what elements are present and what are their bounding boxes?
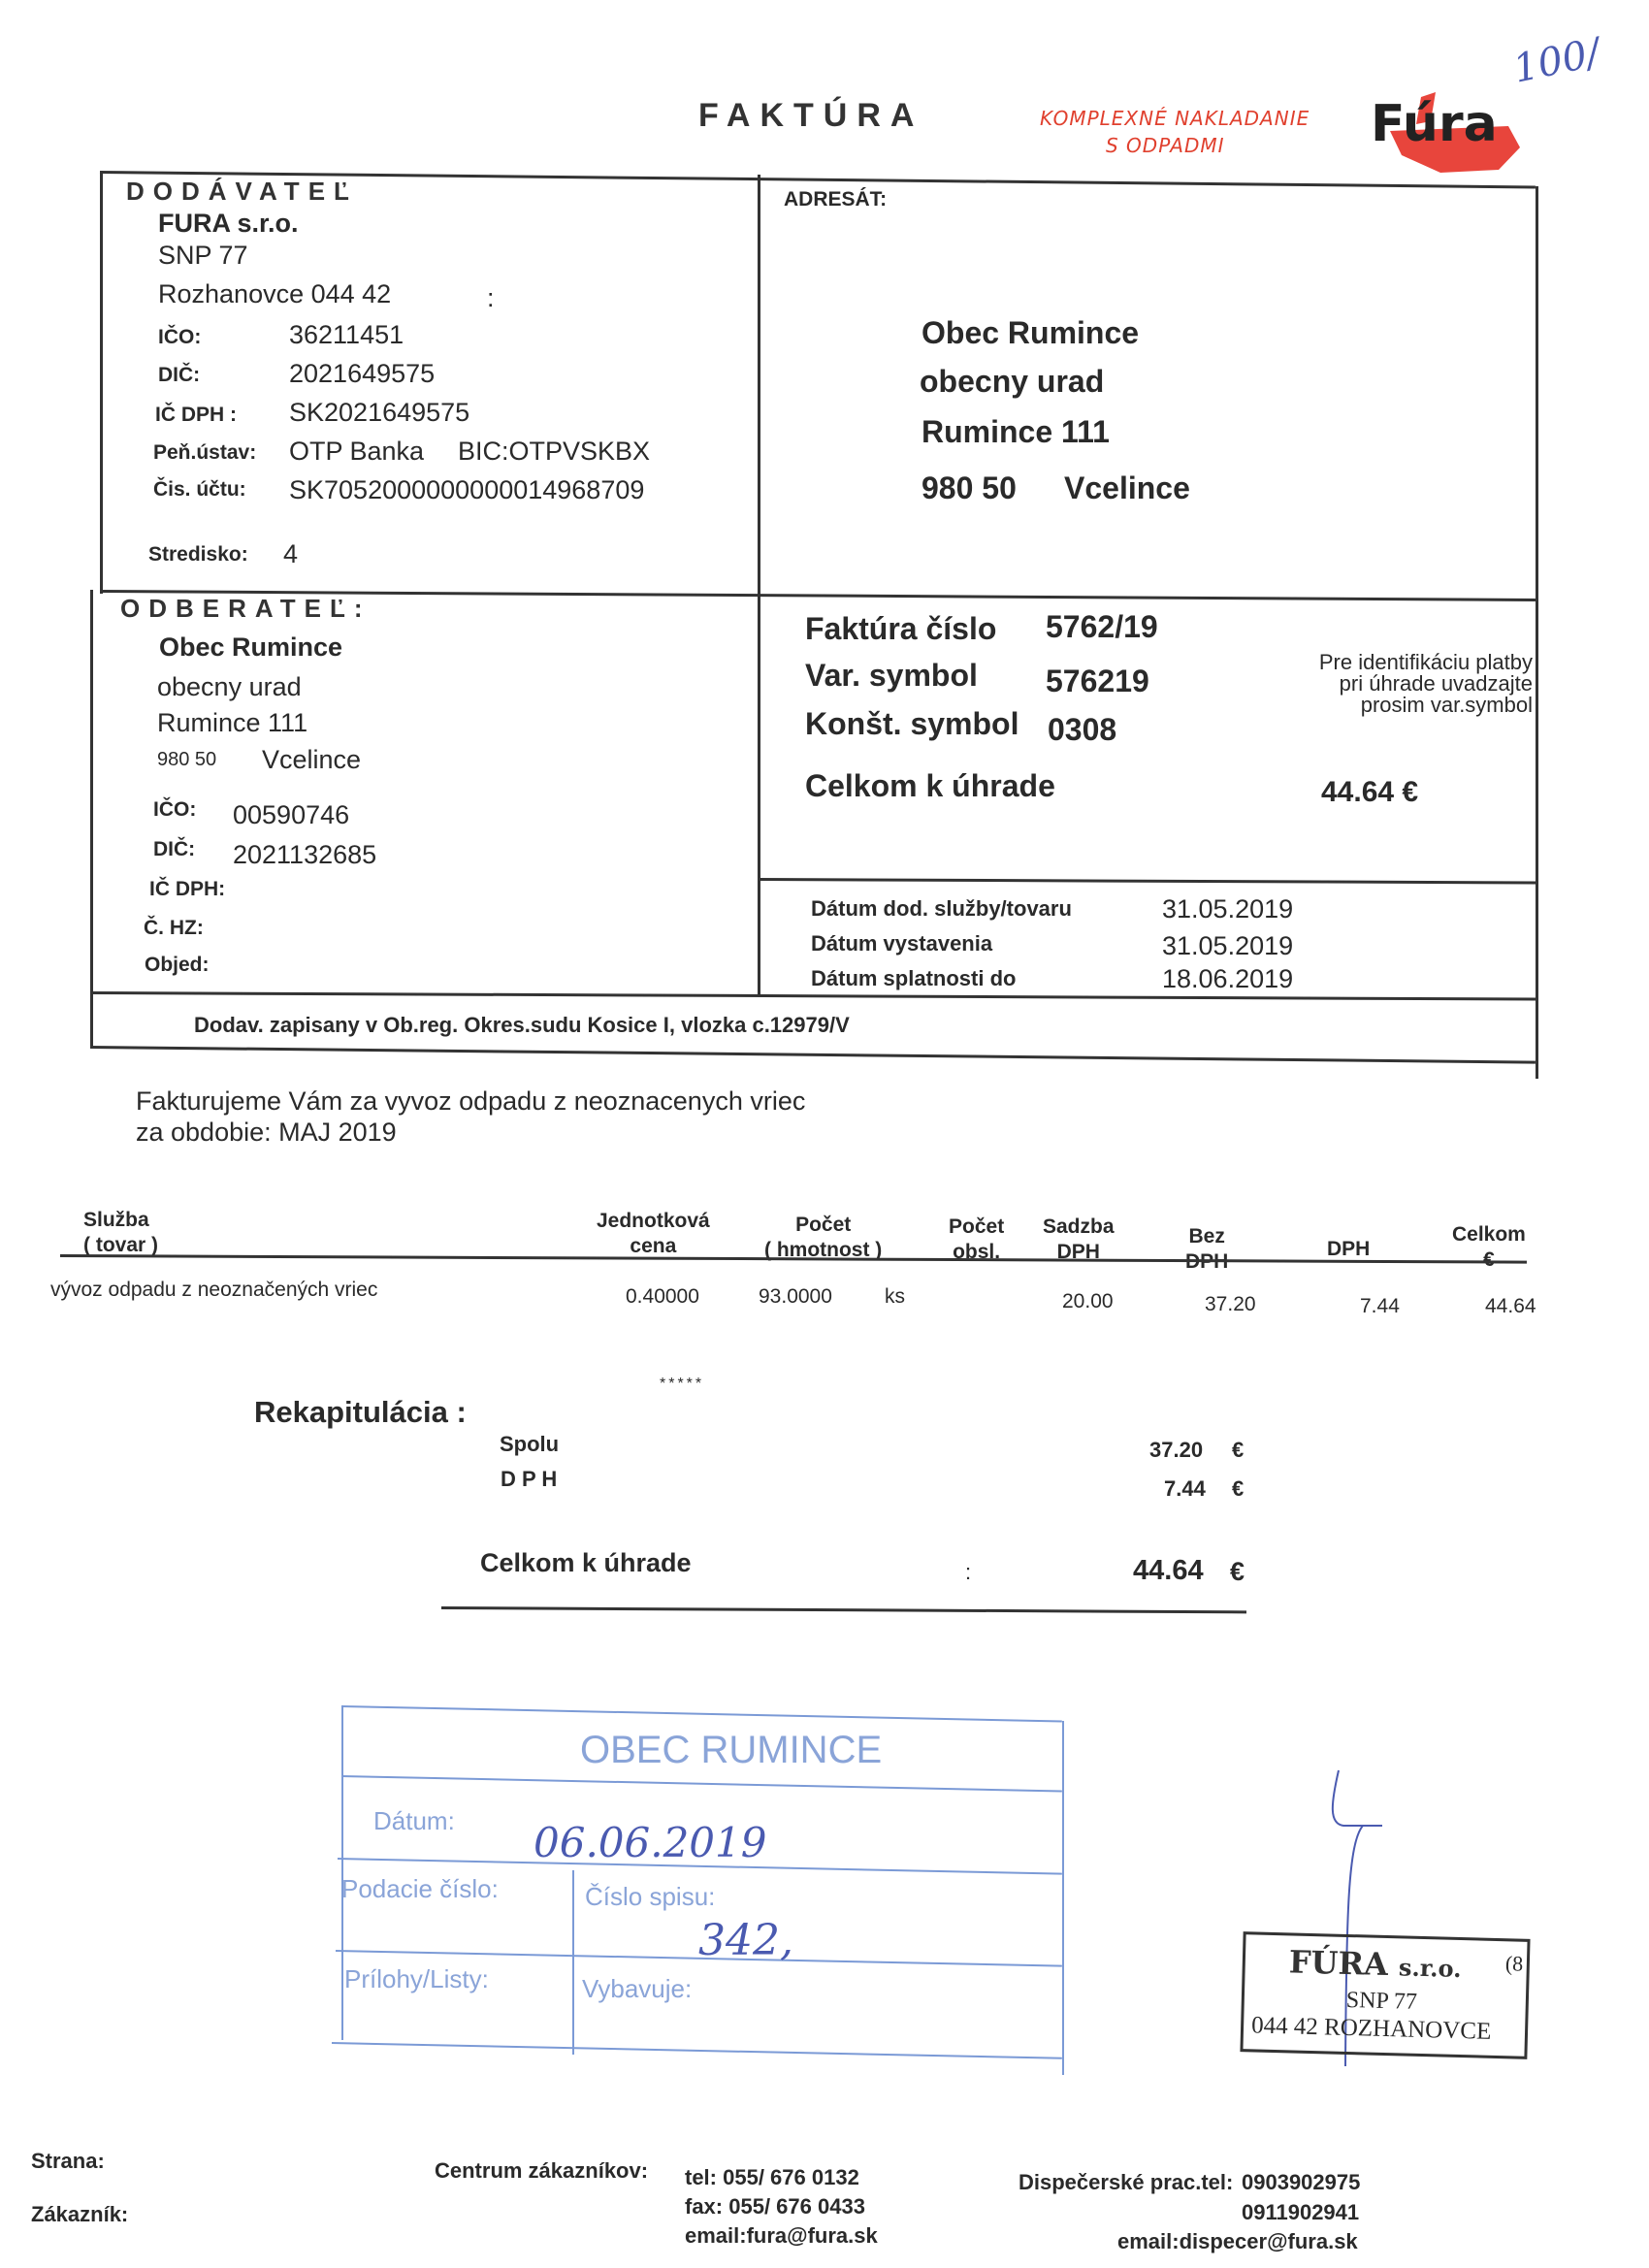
date-delivery-label: Dátum dod. služby/tovaru bbox=[811, 896, 1072, 922]
registry-note: Dodav. zapisany v Ob.reg. Okres.sudu Kos… bbox=[194, 1013, 850, 1038]
footer-fax: fax: 055/ 676 0433 bbox=[685, 2194, 865, 2219]
supplier-bank-label: Peň.ústav: bbox=[153, 441, 256, 465]
logo-slogan-line1: KOMPLEXNÉ NAKLADANIE bbox=[1040, 107, 1309, 130]
stamp-right bbox=[1062, 1721, 1064, 2075]
addressee-town: Vcelince bbox=[1064, 470, 1190, 506]
recap-subtotal-label: Spolu bbox=[500, 1432, 559, 1457]
customer-dic-value: 2021132685 bbox=[233, 840, 376, 870]
var-symbol: 576219 bbox=[1046, 664, 1149, 699]
invoice-number-label: Faktúra číslo bbox=[805, 611, 996, 647]
stamp-col-divider bbox=[572, 1870, 574, 2055]
company-stamp-suffix: s.r.o. bbox=[1399, 1953, 1462, 1983]
footer-dispatch-email[interactable]: email:dispecer@fura.sk bbox=[1117, 2229, 1358, 2254]
customer-heading: ODBERATEĽ: bbox=[120, 594, 372, 624]
stamp-file-value: 342, bbox=[698, 1916, 793, 1965]
company-stamp-corner: (8 bbox=[1505, 1951, 1524, 1976]
col-service-line1: Služba bbox=[83, 1208, 158, 1233]
row-vat: 7.44 bbox=[1360, 1295, 1400, 1318]
payment-note: Pre identifikáciu platby pri úhrade uvad… bbox=[1290, 652, 1533, 716]
frame-left-bottom bbox=[90, 590, 93, 1048]
company-stamp-name: FÚRA bbox=[1288, 1943, 1388, 1983]
supplier-dic-value: 2021649575 bbox=[289, 359, 435, 389]
footer-dispatch-label: Dispečerské prac.tel: bbox=[1018, 2170, 1233, 2195]
row-net: 37.20 bbox=[1205, 1293, 1256, 1316]
customer-ico-label: IČO: bbox=[153, 798, 196, 822]
col-vat-line1: DPH bbox=[1327, 1237, 1370, 1262]
col-service: Služba ( tovar ) bbox=[83, 1208, 158, 1258]
footer-customer-label: Zákazník: bbox=[31, 2202, 128, 2227]
company-stamp-title: FÚRA s.r.o. bbox=[1288, 1943, 1462, 1985]
row-unit-price: 0.40000 bbox=[626, 1285, 699, 1309]
customer-order-label: Objed: bbox=[145, 954, 210, 977]
intro-line2: za obdobie: MAJ 2019 bbox=[136, 1118, 397, 1148]
recap-rule bbox=[441, 1606, 1246, 1613]
total-due-value: 44.64 € bbox=[1321, 776, 1418, 809]
stamp-file-label: Číslo spisu: bbox=[585, 1882, 715, 1912]
supplier-center-value: 4 bbox=[283, 539, 298, 569]
footer-dispatch-tel1: 0903902975 bbox=[1242, 2170, 1360, 2195]
customer-dic-label: DIČ: bbox=[153, 838, 195, 861]
handwritten-note: 100/ bbox=[1509, 30, 1603, 92]
row-unit: ks bbox=[885, 1285, 905, 1309]
stamp-bottom bbox=[332, 2042, 1062, 2059]
addressee-line1: Obec Rumince bbox=[921, 315, 1139, 351]
frame-bottom bbox=[90, 1046, 1536, 1064]
supplier-center-label: Stredisko: bbox=[148, 543, 248, 567]
stamp-row1 bbox=[341, 1775, 1062, 1793]
row-total: 44.64 bbox=[1485, 1295, 1536, 1318]
date-due-label: Dátum splatnosti do bbox=[811, 966, 1016, 991]
const-symbol: 0308 bbox=[1048, 712, 1116, 748]
stamp-left bbox=[341, 1705, 343, 2040]
supplier-bic: BIC:OTPVSKBX bbox=[458, 437, 650, 467]
footer-dispatch-tel2: 0911902941 bbox=[1242, 2200, 1359, 2225]
col-vat-rate-line1: Sadzba bbox=[1043, 1215, 1115, 1240]
row-service: vývoz odpadu z neoznačených vriec bbox=[50, 1279, 377, 1302]
supplier-vat-value: SK2021649575 bbox=[289, 398, 469, 428]
addressee-line3: Rumince 111 bbox=[921, 414, 1110, 450]
payment-note-line1: Pre identifikáciu platby bbox=[1290, 652, 1533, 673]
stamp-date-label: Dátum: bbox=[373, 1806, 455, 1836]
supplier-account-value: SK7052000000000014968709 bbox=[289, 475, 644, 505]
company-stamp: FÚRA s.r.o. (8 SNP 77 044 42 ROZHANOVCE bbox=[1240, 1931, 1530, 2059]
supplier-vat-label: IČ DPH : bbox=[155, 404, 237, 427]
table-separator: ***** bbox=[660, 1376, 704, 1393]
date-issued-label: Dátum vystavenia bbox=[811, 931, 992, 956]
footer-page-label: Strana: bbox=[31, 2149, 105, 2174]
payment-note-line3: prosim var.symbol bbox=[1290, 695, 1533, 716]
col-service-count-line1: Počet bbox=[949, 1215, 1004, 1240]
addressee-line2: obecny urad bbox=[920, 364, 1104, 400]
frame-column-divider bbox=[758, 175, 760, 994]
supplier-ico-value: 36211451 bbox=[289, 320, 404, 350]
supplier-heading: DODÁVATEĽ bbox=[126, 177, 358, 207]
document-title: FAKTÚRA bbox=[698, 97, 923, 135]
col-total: Celkom € bbox=[1452, 1222, 1526, 1273]
total-due-label: Celkom k úhrade bbox=[805, 768, 1055, 804]
col-quantity: Počet ( hmotnost ) bbox=[764, 1213, 882, 1263]
stamp-attachments-label: Prílohy/Listy: bbox=[344, 1964, 489, 1994]
frame-registry-divider bbox=[90, 991, 1536, 1001]
recap-subtotal-value: 37.20 bbox=[1149, 1438, 1203, 1463]
recap-subtotal-currency: € bbox=[1232, 1438, 1244, 1463]
var-symbol-label: Var. symbol bbox=[805, 658, 978, 694]
addressee-zip: 980 50 bbox=[921, 470, 1017, 506]
col-net-line1: Bez bbox=[1185, 1224, 1228, 1249]
footer-email[interactable]: email:fura@fura.sk bbox=[685, 2223, 878, 2249]
supplier-dic-label: DIČ: bbox=[158, 364, 200, 387]
addressee-heading: ADRESÁT: bbox=[784, 188, 887, 211]
date-due-value: 18.06.2019 bbox=[1162, 964, 1293, 994]
recap-total-value: 44.64 bbox=[1133, 1555, 1204, 1587]
recap-vat-label: D P H bbox=[501, 1467, 557, 1492]
supplier-ico-label: IČO: bbox=[158, 326, 201, 349]
customer-vat-label: IČ DPH: bbox=[149, 878, 225, 901]
stamp-handler-label: Vybavuje: bbox=[582, 1974, 692, 2004]
recap-total-label: Celkom k úhrade bbox=[480, 1548, 692, 1578]
recap-total-currency: € bbox=[1230, 1557, 1245, 1587]
const-symbol-label: Konšt. symbol bbox=[805, 706, 1018, 742]
supplier-city: Rozhanovce 044 42 bbox=[158, 279, 391, 309]
customer-ico-value: 00590746 bbox=[233, 800, 349, 830]
supplier-street: SNP 77 bbox=[158, 241, 248, 271]
customer-hz-label: Č. HZ: bbox=[144, 917, 204, 940]
col-unit-price-line2: cena bbox=[597, 1234, 710, 1259]
logo-slogan-line2: S ODPADMI bbox=[1106, 134, 1225, 157]
col-quantity-line1: Počet bbox=[764, 1213, 882, 1238]
date-delivery-value: 31.05.2019 bbox=[1162, 894, 1293, 924]
col-unit-price-line1: Jednotková bbox=[597, 1209, 710, 1234]
customer-zip: 980 50 bbox=[157, 749, 216, 771]
customer-town: Vcelince bbox=[262, 745, 361, 775]
company-stamp-street: SNP 77 bbox=[1345, 1988, 1417, 2016]
stamp-top bbox=[341, 1705, 1062, 1723]
customer-line3: Rumince 111 bbox=[157, 708, 307, 738]
recap-vat-currency: € bbox=[1232, 1476, 1244, 1502]
stamp-date-value: 06.06.2019 bbox=[533, 1819, 766, 1866]
row-vat-rate: 20.00 bbox=[1062, 1290, 1114, 1313]
supplier-name: FURA s.r.o. bbox=[158, 209, 299, 239]
fura-logo: Fúra bbox=[1363, 78, 1528, 175]
customer-name: Obec Rumince bbox=[159, 632, 342, 663]
supplier-bank-value: OTP Banka bbox=[289, 437, 424, 467]
col-vat: DPH bbox=[1327, 1237, 1370, 1262]
frame-right bbox=[1536, 186, 1538, 1079]
recap-heading: Rekapitulácia : bbox=[254, 1395, 467, 1430]
customer-line2: obecny urad bbox=[157, 672, 302, 702]
col-vat-rate: Sadzba DPH bbox=[1043, 1215, 1115, 1265]
col-total-line1: Celkom bbox=[1452, 1222, 1526, 1247]
intro-line1: Fakturujeme Vám za vyvoz odpadu z neozna… bbox=[136, 1086, 805, 1117]
stamp-title: OBEC RUMINCE bbox=[580, 1729, 882, 1772]
stamp-submission-label: Podacie číslo: bbox=[341, 1874, 499, 1904]
recap-vat-value: 7.44 bbox=[1164, 1476, 1206, 1502]
payment-note-line2: pri úhrade uvadzajte bbox=[1290, 673, 1533, 695]
recap-total-colon: : bbox=[965, 1560, 971, 1585]
supplier-colon: : bbox=[487, 283, 495, 313]
col-unit-price: Jednotková cena bbox=[597, 1209, 710, 1259]
row-quantity: 93.0000 bbox=[759, 1285, 832, 1309]
frame-dates-divider bbox=[760, 878, 1536, 884]
footer-center-label: Centrum zákazníkov: bbox=[435, 2158, 648, 2184]
company-stamp-city: 044 42 ROZHANOVCE bbox=[1251, 2012, 1492, 2045]
col-net: Bez DPH bbox=[1185, 1224, 1228, 1275]
logo-text: Fúra bbox=[1371, 95, 1498, 153]
invoice-number: 5762/19 bbox=[1046, 609, 1158, 645]
supplier-account-label: Čis. účtu: bbox=[153, 478, 246, 502]
frame-left-top bbox=[100, 171, 103, 594]
footer-tel: tel: 055/ 676 0132 bbox=[685, 2165, 859, 2190]
date-issued-value: 31.05.2019 bbox=[1162, 931, 1293, 961]
